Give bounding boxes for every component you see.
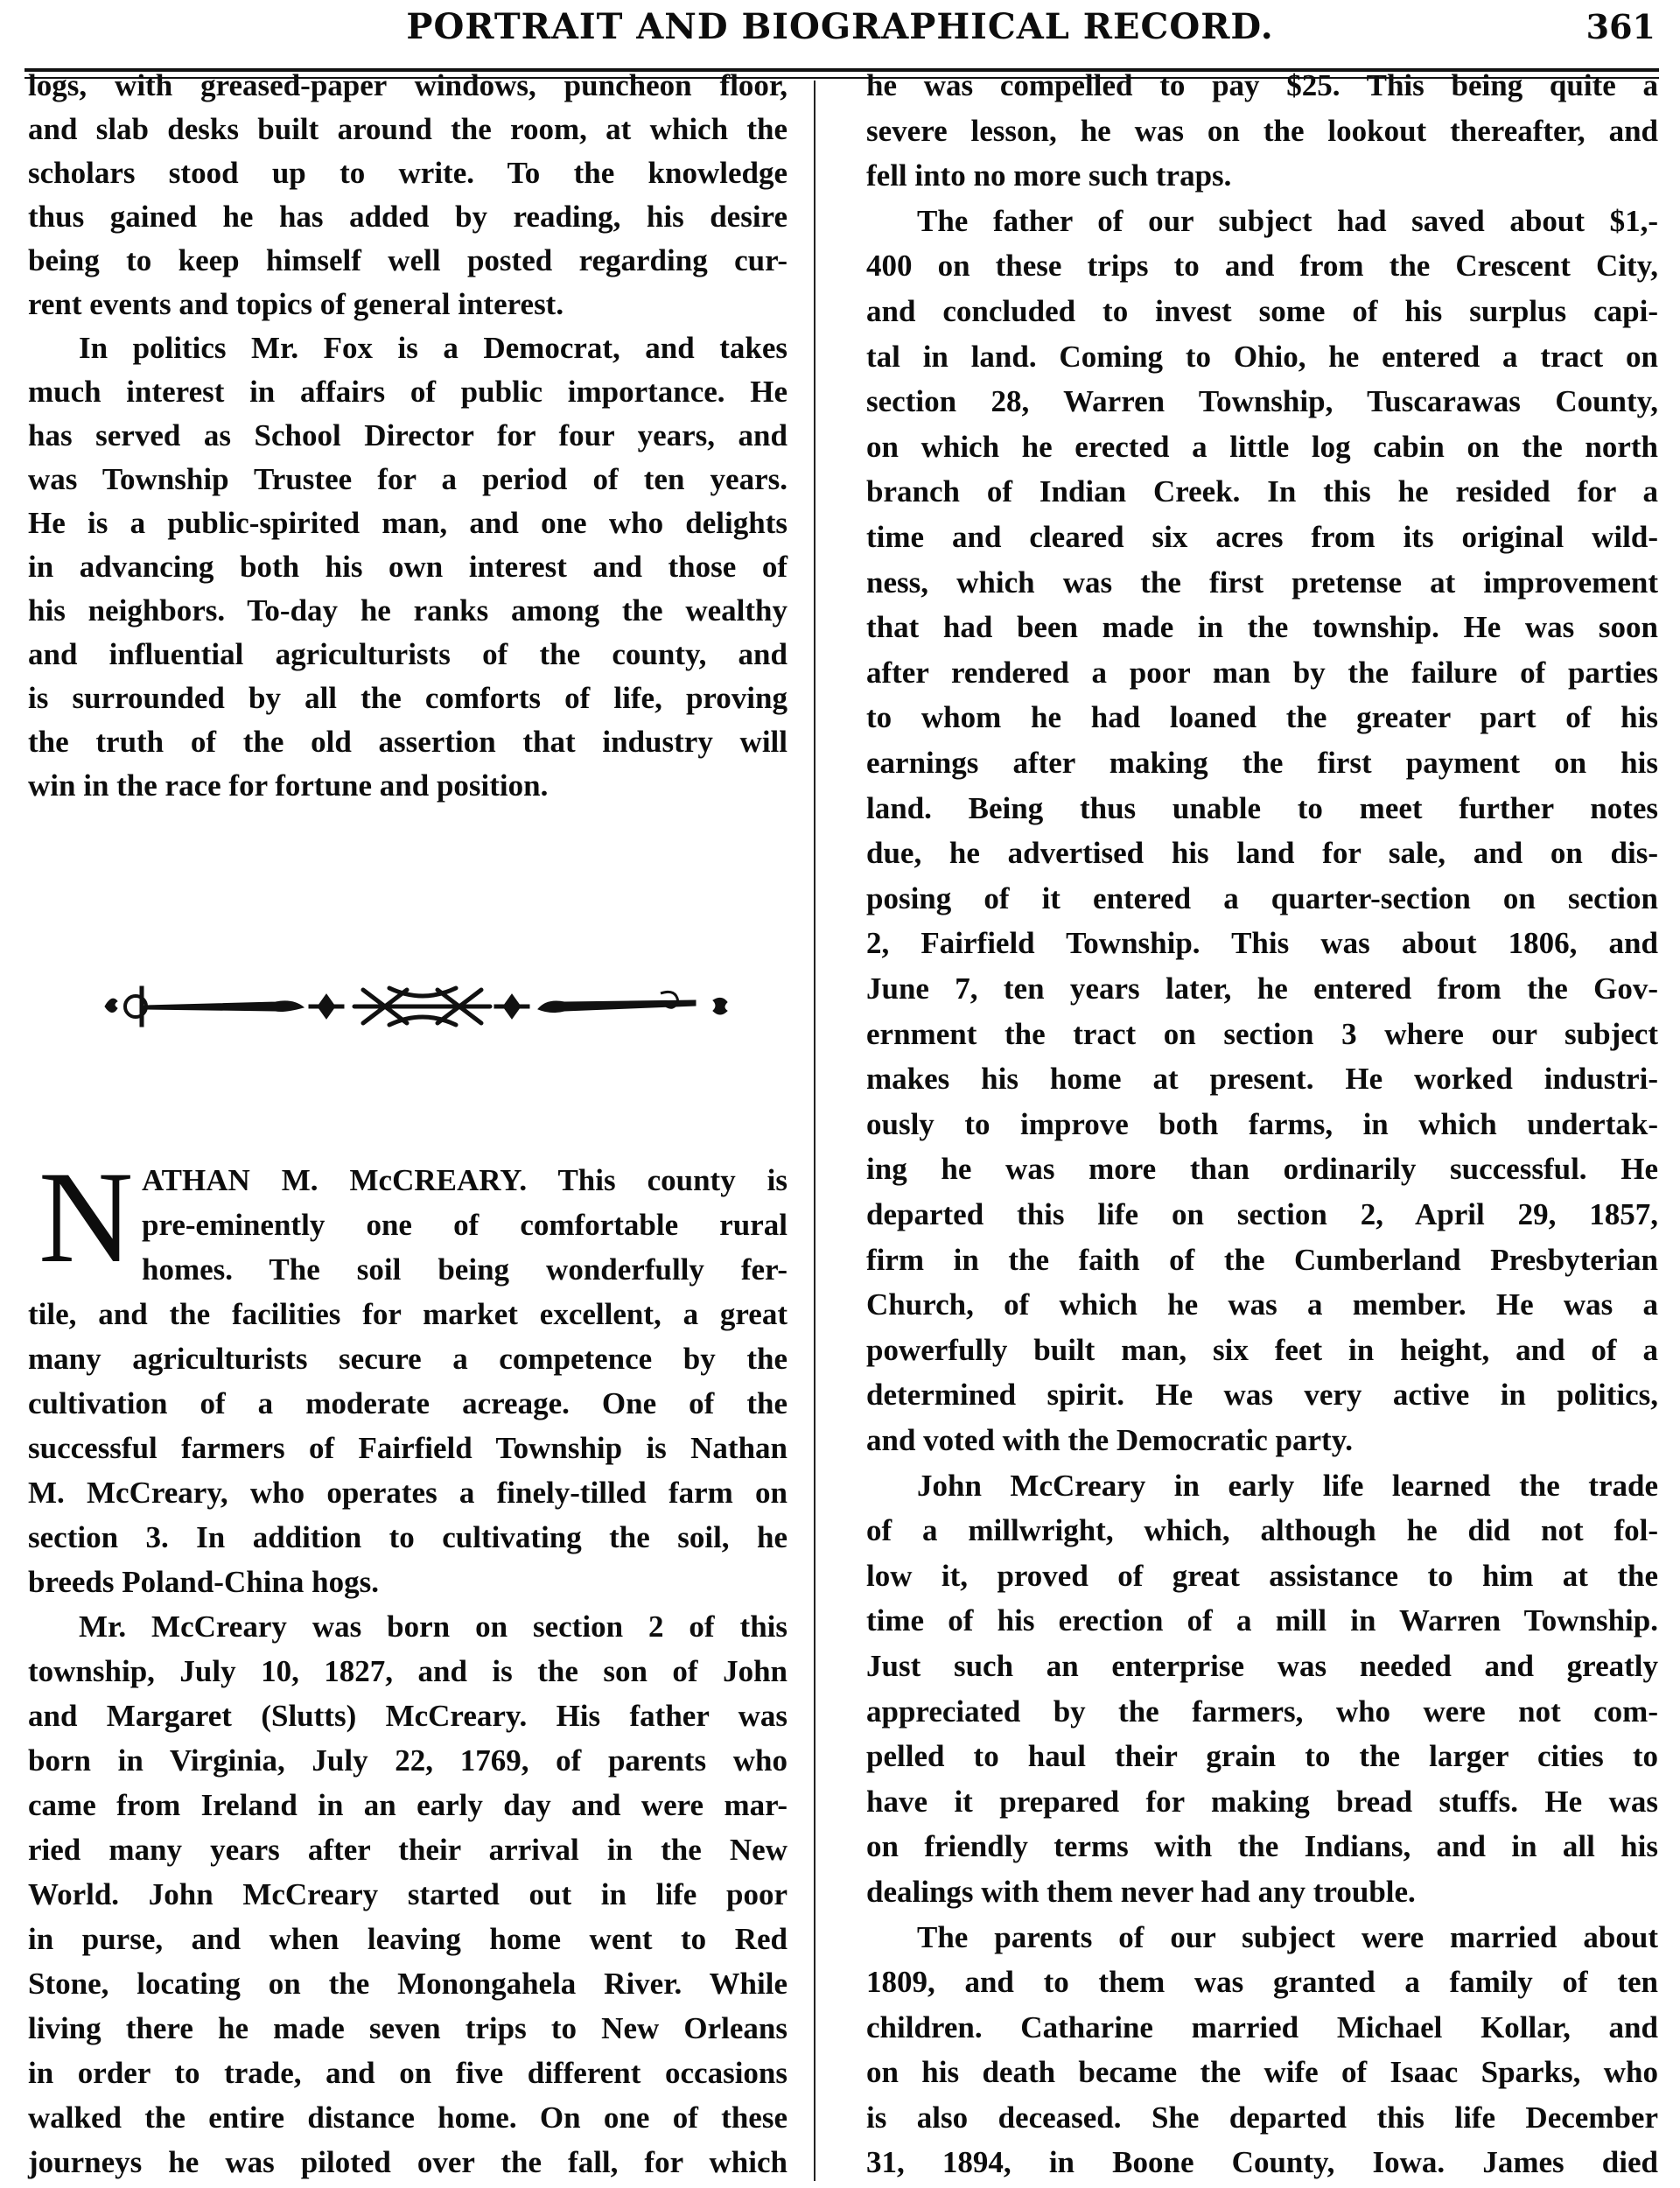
text-line: fell into no more such traps. — [866, 153, 1658, 199]
text-line: and influential agriculturists of the co… — [28, 632, 787, 677]
text-line: much interest in affairs of public impor… — [28, 369, 787, 415]
text-line: 400 on these trips to and from the Cresc… — [866, 243, 1658, 289]
text-line: dealings with them never had any trouble… — [866, 1869, 1658, 1915]
text-line: thus gained he has added by reading, his… — [28, 194, 787, 240]
text-line: time and cleared six acres from its orig… — [866, 515, 1658, 560]
text-line: logs, with greased-paper windows, punche… — [28, 63, 787, 109]
text-line: pre-eminently one of comfortable rural — [28, 1203, 787, 1248]
text-line: June 7, ten years later, he entered from… — [866, 966, 1658, 1012]
text-line: pelled to haul their grain to the larger… — [866, 1734, 1658, 1779]
running-header-title: PORTRAIT AND BIOGRAPHICAL RECORD. — [0, 5, 1680, 49]
text-line: section 3. In addition to cultivating th… — [28, 1515, 787, 1560]
text-line: appreciated by the farmers, who were not… — [866, 1689, 1658, 1735]
text-line: journeys he was piloted over the fall, f… — [28, 2140, 787, 2185]
text-line: ernment the tract on section 3 where our… — [866, 1012, 1658, 1057]
page-number: 361 — [1586, 5, 1655, 49]
text-line: The parents of our subject were married … — [866, 1915, 1658, 1960]
text-line: came from Ireland in an early day and we… — [28, 1783, 787, 1828]
text-line: ing he was more than ordinarily successf… — [866, 1147, 1658, 1192]
text-line: Just such an enterprise was needed and g… — [866, 1644, 1658, 1689]
text-line: children. Catharine married Michael Koll… — [866, 2005, 1658, 2051]
text-line: is also deceased. She departed this life… — [866, 2095, 1658, 2141]
text-line: powerfully built man, six feet in height… — [866, 1328, 1658, 1373]
text-line: and Margaret (Slutts) McCreary. His fath… — [28, 1694, 787, 1739]
column-divider — [814, 81, 815, 2181]
text-line: have it prepared for making bread stuffs… — [866, 1779, 1658, 1825]
text-line: born in Virginia, July 22, 1769, of pare… — [28, 1738, 787, 1784]
text-line: homes. The soil being wonderfully fer- — [28, 1247, 787, 1293]
text-line: posing of it entered a quarter-section o… — [866, 876, 1658, 922]
text-line: in purse, and when leaving home went to … — [28, 1917, 787, 1962]
text-line: was Township Trustee for a period of ten… — [28, 457, 787, 502]
text-line: departed this life on section 2, April 2… — [866, 1192, 1658, 1238]
text-line: ried many years after their arrival in t… — [28, 1827, 787, 1873]
ornament-divider-icon — [101, 976, 748, 1037]
text-line: win in the race for fortune and position… — [28, 763, 787, 809]
text-line: scholars stood up to write. To the knowl… — [28, 151, 787, 196]
text-line: to whom he had loaned the greater part o… — [866, 695, 1658, 740]
text-line: after rendered a poor man by the failure… — [866, 650, 1658, 696]
text-line: in advancing both his own interest and t… — [28, 544, 787, 590]
text-line: on friendly terms with the Indians, and … — [866, 1824, 1658, 1869]
text-line: of a millwright, which, although he did … — [866, 1508, 1658, 1553]
text-line: low it, proved of great assistance to hi… — [866, 1553, 1658, 1599]
text-line: In politics Mr. Fox is a Democrat, and t… — [28, 326, 787, 371]
text-line: time of his erection of a mill in Warren… — [866, 1598, 1658, 1644]
text-line: ously to improve both farms, in which un… — [866, 1102, 1658, 1147]
text-line: Church, of which he was a member. He was… — [866, 1282, 1658, 1328]
text-line: the truth of the old assertion that indu… — [28, 719, 787, 765]
text-line: rent events and topics of general intere… — [28, 282, 787, 327]
text-line: 2, Fairfield Township. This was about 18… — [866, 921, 1658, 966]
text-line: World. John McCreary started out in life… — [28, 1872, 787, 1918]
text-line: He is a public-spirited man, and one who… — [28, 501, 787, 546]
text-line: M. McCreary, who operates a finely-tille… — [28, 1470, 787, 1516]
text-line: 1809, and to them was granted a family o… — [866, 1960, 1658, 2005]
text-line: living there he made seven trips to New … — [28, 2006, 787, 2051]
text-line: John McCreary in early life learned the … — [866, 1463, 1658, 1509]
biography-heading-line: ATHAN M. McCREARY. This county is — [28, 1158, 787, 1203]
text-line: in order to trade, and on five different… — [28, 2051, 787, 2096]
text-line: and concluded to invest some of his surp… — [866, 289, 1658, 334]
text-line: on which he erected a little log cabin o… — [866, 424, 1658, 470]
text-line: is surrounded by all the comforts of lif… — [28, 676, 787, 721]
text-line: severe lesson, he was on the lookout the… — [866, 109, 1658, 154]
text-line: determined spirit. He was very active in… — [866, 1372, 1658, 1418]
text-line: township, July 10, 1827, and is the son … — [28, 1649, 787, 1694]
text-line: tile, and the facilities for market exce… — [28, 1292, 787, 1337]
text-line: breeds Poland-China hogs. — [28, 1560, 787, 1605]
text-line: tal in land. Coming to Ohio, he entered … — [866, 334, 1658, 380]
text-line: earnings after making the first payment … — [866, 740, 1658, 786]
text-line: Stone, locating on the Monongahela River… — [28, 1961, 787, 2007]
text-line: that had been made in the township. He w… — [866, 605, 1658, 650]
text-line: and voted with the Democratic party. — [866, 1418, 1658, 1463]
text-line: 31, 1894, in Boone County, Iowa. James d… — [866, 2140, 1658, 2185]
text-line: ness, which was the first pretense at im… — [866, 560, 1658, 606]
text-line: successful farmers of Fairfield Township… — [28, 1426, 787, 1471]
text-line: firm in the faith of the Cumberland Pres… — [866, 1238, 1658, 1283]
text-line: on his death became the wife of Isaac Sp… — [866, 2050, 1658, 2095]
text-line: has served as School Director for four y… — [28, 413, 787, 459]
text-line: he was compelled to pay $25. This being … — [866, 63, 1658, 109]
text-line: makes his home at present. He worked ind… — [866, 1056, 1658, 1102]
text-line: branch of Indian Creek. In this he resid… — [866, 469, 1658, 515]
text-line: The father of our subject had saved abou… — [866, 199, 1658, 244]
text-line: section 28, Warren Township, Tuscarawas … — [866, 379, 1658, 424]
text-line: Mr. McCreary was born on section 2 of th… — [28, 1604, 787, 1650]
text-line: land. Being thus unable to meet further … — [866, 786, 1658, 831]
text-line: walked the entire distance home. On one … — [28, 2095, 787, 2141]
text-line: and slab desks built around the room, at… — [28, 107, 787, 152]
text-line: due, he advertised his land for sale, an… — [866, 831, 1658, 876]
text-line: many agriculturists secure a competence … — [28, 1336, 787, 1382]
text-line: cultivation of a moderate acreage. One o… — [28, 1381, 787, 1427]
text-line: his neighbors. To-day he ranks among the… — [28, 588, 787, 634]
text-line: being to keep himself well posted regard… — [28, 238, 787, 284]
